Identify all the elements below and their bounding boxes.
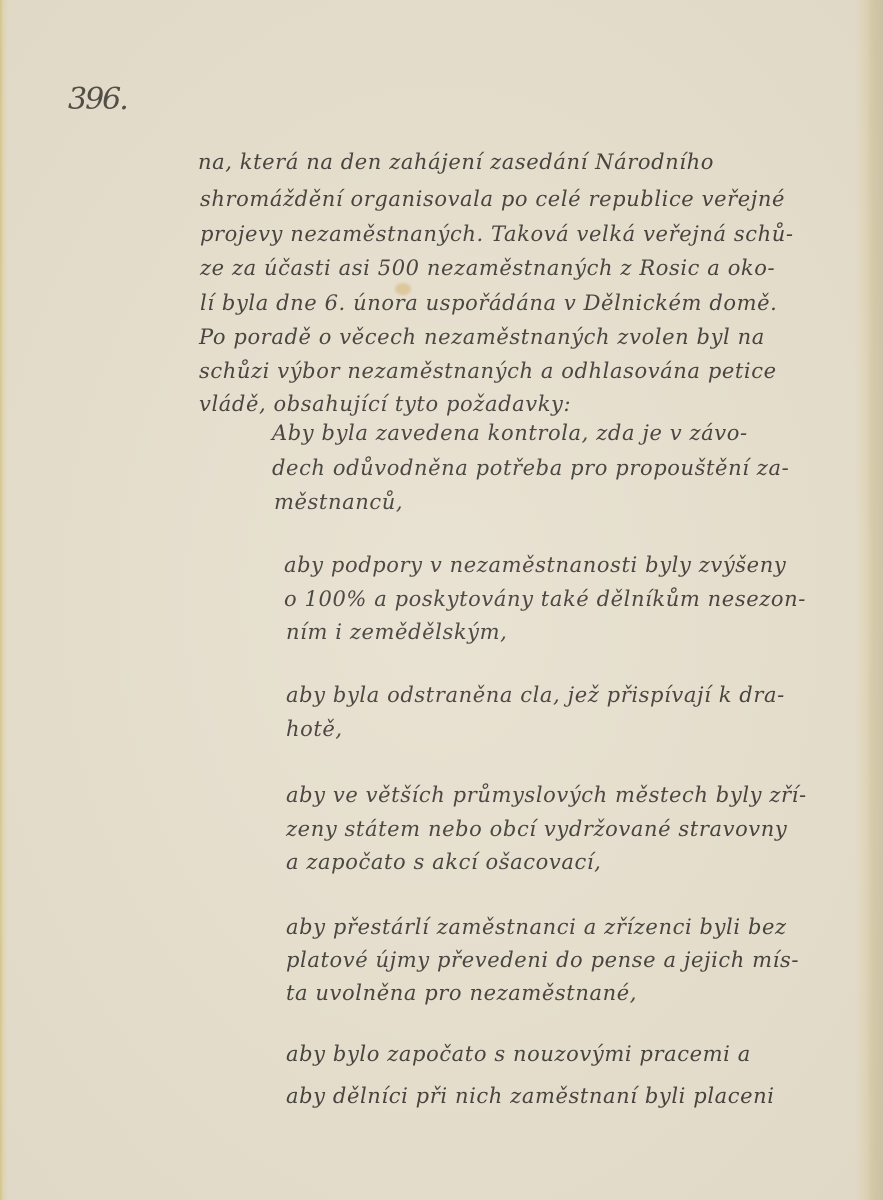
manuscript-page: 396. na, která na den zahájení zasedání … [0, 0, 883, 1200]
text-line: hotě, [286, 717, 343, 741]
text-line: o 100% a poskytovány také dělníkům nesez… [284, 587, 806, 611]
page-number: 396. [68, 82, 127, 117]
text-line: aby podpory v nezaměstnanosti byly zvýše… [284, 553, 786, 577]
text-line: dech odůvodněna potřeba pro propouštění … [272, 456, 789, 480]
text-line: na, která na den zahájení zasedání Národ… [198, 150, 714, 174]
text-line: aby ve větších průmyslových městech byly… [286, 783, 807, 807]
text-line: projevy nezaměstnaných. Taková velká veř… [200, 222, 794, 246]
text-line: ním i zemědělským, [286, 620, 507, 644]
text-line: lí byla dne 6. února uspořádána v Dělnic… [200, 291, 777, 315]
text-line: ta uvolněna pro nezaměstnané, [286, 981, 637, 1005]
text-line: shromáždění organisovala po celé republi… [200, 187, 785, 211]
text-line: platové újmy převedeni do pense a jejich… [286, 948, 799, 972]
text-line: vládě, obsahující tyto požadavky: [199, 392, 571, 416]
text-line: Aby byla zavedena kontrola, zda je v záv… [272, 421, 748, 445]
text-line: aby dělníci při nich zaměstnaní byli pla… [286, 1084, 775, 1108]
text-line: zeny státem nebo obcí vydržované stravov… [286, 817, 787, 841]
text-line: aby přestárlí zaměstnanci a zřízenci byl… [286, 915, 787, 939]
text-line: aby bylo započato s nouzovými pracemi a [286, 1042, 751, 1066]
text-line: aby byla odstraněna cla, jež přispívají … [286, 683, 785, 707]
text-line: schůzi výbor nezaměstnaných a odhlasován… [199, 359, 777, 383]
text-line: a započato s akcí ošacovací, [286, 850, 601, 874]
text-line: Po poradě o věcech nezaměstnaných zvolen… [199, 325, 765, 349]
text-line: ze za účasti asi 500 nezaměstnaných z Ro… [200, 256, 775, 280]
text-line: městnanců, [274, 490, 403, 514]
